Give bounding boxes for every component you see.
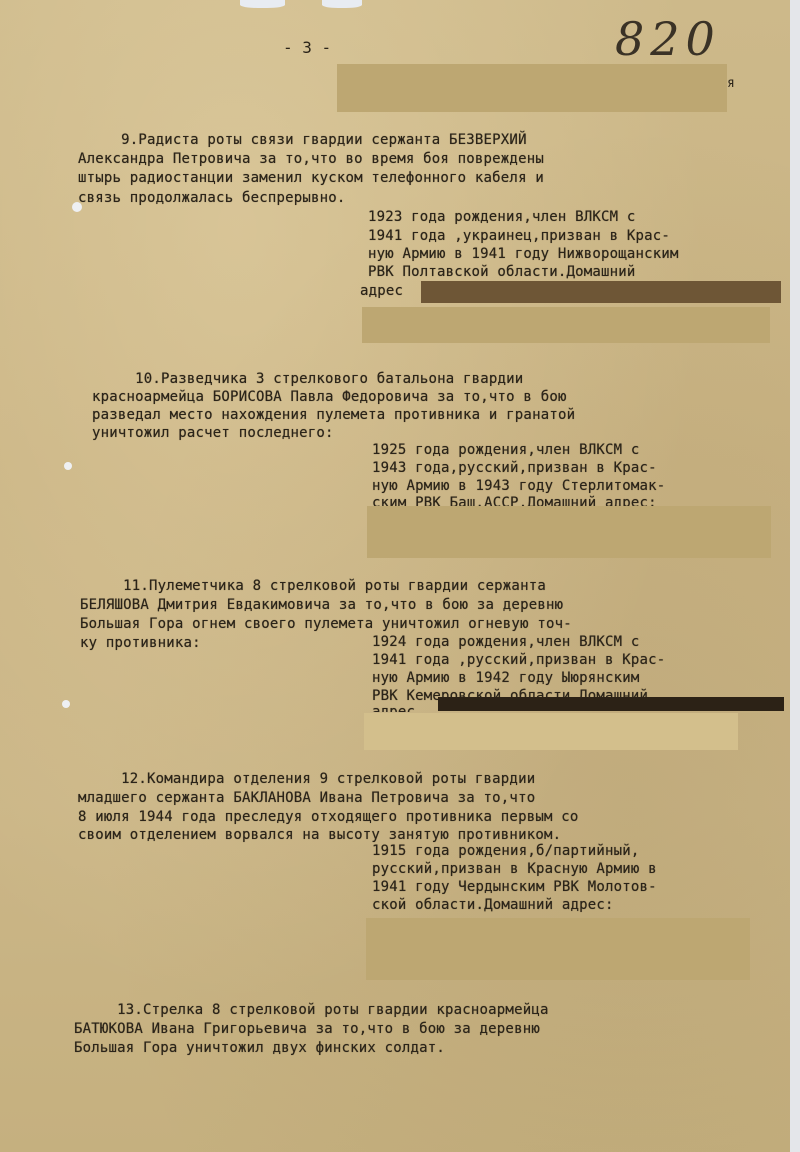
paper-damage — [72, 202, 82, 212]
entry-11-citation-line: Большая Гора огнем своего пулемета уничт… — [80, 616, 572, 632]
entry-9-citation-line: штырь радиостанции заменил куском телефо… — [78, 170, 544, 186]
entry-9-citation-line: 9.Радиста роты связи гвардии сержанта БЕ… — [78, 132, 527, 148]
entry-10-biography-line: ную Армию в 1943 году Стерлитомак- — [372, 478, 665, 494]
header-trailing-letter: я — [727, 76, 735, 91]
redaction-block — [337, 64, 727, 112]
entry-11-biography-line: ную Армию в 1942 году Ыюрянским — [372, 670, 640, 686]
entry-11-biography-line: 1941 года ,русский,призван в Крас- — [372, 652, 665, 668]
entry-9-biography-line: 1923 года рождения,член ВЛКСМ с — [368, 209, 636, 225]
entry-12-biography-line: русский,призван в Красную Армию в — [372, 861, 657, 877]
entry-9-address-label: адрес — [360, 283, 403, 299]
entry-10-biography-line: 1943 года,русский,призван в Крас- — [372, 460, 657, 476]
entry-11-citation-line: 11.Пулеметчика 8 стрелковой роты гвардии… — [80, 578, 546, 594]
redaction-block — [438, 697, 784, 711]
paper-tear — [240, 0, 285, 8]
entry-12-biography-line: 1915 года рождения,б/партийный, — [372, 843, 640, 859]
entry-9-biography-line: ную Армию в 1941 году Нижворощанским — [368, 246, 679, 262]
entry-10-biography-line: 1925 года рождения,член ВЛКСМ с — [372, 442, 640, 458]
entry-9-citation-line: Александра Петровича за то,что во время … — [78, 151, 544, 167]
paper-tear — [322, 0, 362, 8]
redaction-block — [421, 281, 781, 303]
redaction-block — [367, 506, 771, 558]
entry-12-citation-line: 8 июля 1944 года преследуя отходящего пр… — [78, 809, 578, 825]
entry-12-citation-line: своим отделением ворвался на высоту заня… — [78, 827, 561, 843]
entry-10-citation-line: разведал место нахождения пулемета проти… — [92, 407, 575, 423]
entry-11-citation-line: ку противника: — [80, 635, 201, 651]
entry-9-citation-line: связь продолжалась беспрерывно. — [78, 190, 346, 206]
redaction-block — [362, 307, 770, 343]
entry-12-citation-line: младшего сержанта БАКЛАНОВА Ивана Петров… — [78, 790, 535, 806]
entry-12-biography-line: ской области.Домашний адрес: — [372, 897, 614, 913]
entry-10-citation-line: красноармейца БОРИСОВА Павла Федоровича … — [92, 389, 567, 405]
entry-9-biography-line: 1941 года ,украинец,призван в Крас- — [368, 228, 670, 244]
entry-11-biography-line: 1924 года рождения,член ВЛКСМ с — [372, 634, 640, 650]
entry-12-citation-line: 12.Командира отделения 9 стрелковой роты… — [78, 771, 535, 787]
entry-10-citation-line: 10.Разведчика 3 стрелкового батальона гв… — [92, 371, 523, 387]
archive-number: 820 — [615, 12, 721, 66]
paper-damage — [64, 462, 72, 470]
document-page: - 3 - 820 я 9.Радиста роты связи гвардии… — [0, 0, 790, 1152]
entry-13-citation-line: БАТЮКОВА Ивана Григорьевича за то,что в … — [74, 1021, 540, 1037]
redaction-block — [364, 713, 738, 750]
entry-13-citation-line: 13.Стрелка 8 стрелковой роты гвардии кра… — [74, 1002, 549, 1018]
entry-13-citation-line: Большая Гора уничтожил двух финских солд… — [74, 1040, 445, 1056]
paper-damage — [62, 700, 70, 708]
entry-11-address-label: адрес — [372, 704, 415, 712]
redaction-block — [366, 918, 750, 980]
entry-10-citation-line: уничтожил расчет последнего: — [92, 425, 334, 441]
entry-12-biography-line: 1941 году Чердынским РВК Молотов- — [372, 879, 657, 895]
entry-11-citation-line: БЕЛЯШОВА Дмитрия Евдакимовича за то,что … — [80, 597, 563, 613]
page-number: - 3 - — [283, 38, 331, 57]
entry-9-biography-line: РВК Полтавской области.Домашний — [368, 264, 636, 280]
